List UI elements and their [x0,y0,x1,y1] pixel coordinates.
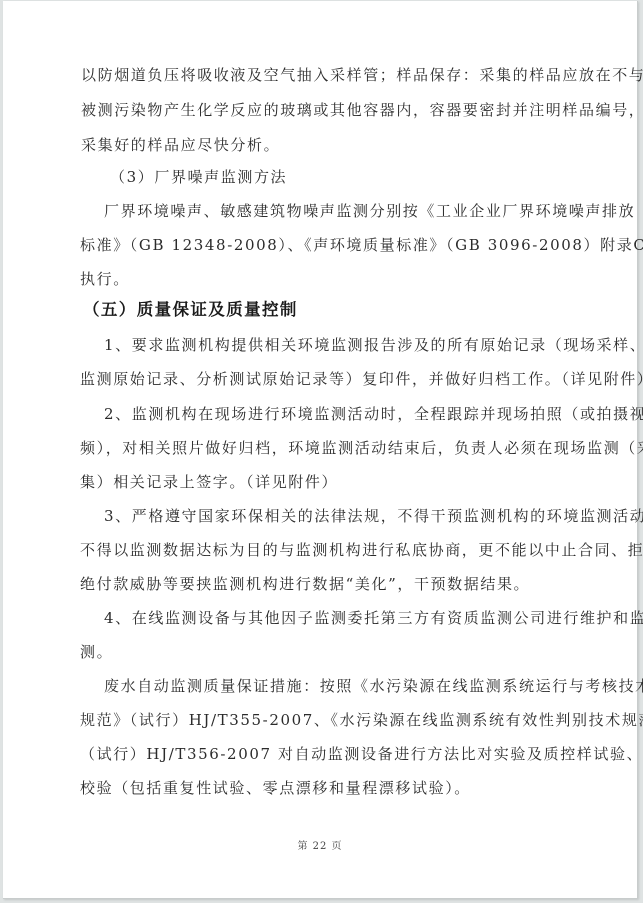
list-item-line: 绝付款威胁等要挟监测机构进行数据“美化”，干预数据结果。 [80,574,530,594]
list-item-line: 3、严格遵守国家环保相关的法律法规，不得干预监测机构的环境监测活动， [104,506,643,526]
paragraph-line: 以防烟道负压将吸收液及空气抽入采样管；样品保存：采集的样品应放在不与 [81,65,643,85]
list-item-line: 1、要求监测机构提供相关环境监测报告涉及的所有原始记录（现场采样、 [104,335,643,355]
paragraph-line: 标准》（GB 12348-2008）、《声环境质量标准》（GB 3096-200… [80,235,643,255]
paragraph-line: 采集好的样品应尽快分析。 [81,135,280,155]
list-item-line: 2、监测机构在现场进行环境监测活动时，全程跟踪并现场拍照（或拍摄视 [104,404,643,424]
list-item-line: 不得以监测数据达标为目的与监测机构进行私底协商，更不能以中止合同、拒 [80,540,643,560]
paragraph-line: 执行。 [80,269,130,289]
paragraph-line: （试行）HJ/T356-2007 对自动监测设备进行方法比对实验及质控样试验、现… [80,744,643,764]
paragraph-line: 规范》（试行）HJ/T355-2007、《水污染源在线监测系统有效性判别技术规范… [80,710,643,730]
paragraph-line: 厂界环境噪声、敏感建筑物噪声监测分别按《工业企业厂界环境噪声排放 [104,201,635,221]
section-heading: （五）质量保证及质量控制 [83,299,298,321]
list-item-line: 频），对相关照片做好归档，环境监测活动结束后，负责人必须在现场监测（采 [80,438,643,458]
subsection-title: （3）厂界噪声监测方法 [110,167,287,187]
document-page: 以防烟道负压将吸收液及空气抽入采样管；样品保存：采集的样品应放在不与 被测污染物… [3,1,638,899]
list-item-line: 测。 [80,642,113,662]
list-item-line: 集）相关记录上签字。（详见附件） [80,472,338,492]
paragraph-line: 废水自动监测质量保证措施：按照《水污染源在线监测系统运行与考核技术 [104,676,643,696]
list-item-line: 监测原始记录、分析测试原始记录等）复印件，并做好归档工作。（详见附件） [80,369,643,389]
page-number: 第 22 页 [3,837,637,852]
list-item-line: 4、在线监测设备与其他因子监测委托第三方有资质监测公司进行维护和监 [104,608,643,628]
paragraph-line: 被测污染物产生化学反应的玻璃或其他容器内，容器要密封并注明样品编号， [81,100,643,120]
paragraph-line: 校验（包括重复性试验、零点漂移和量程漂移试验）。 [80,778,471,798]
